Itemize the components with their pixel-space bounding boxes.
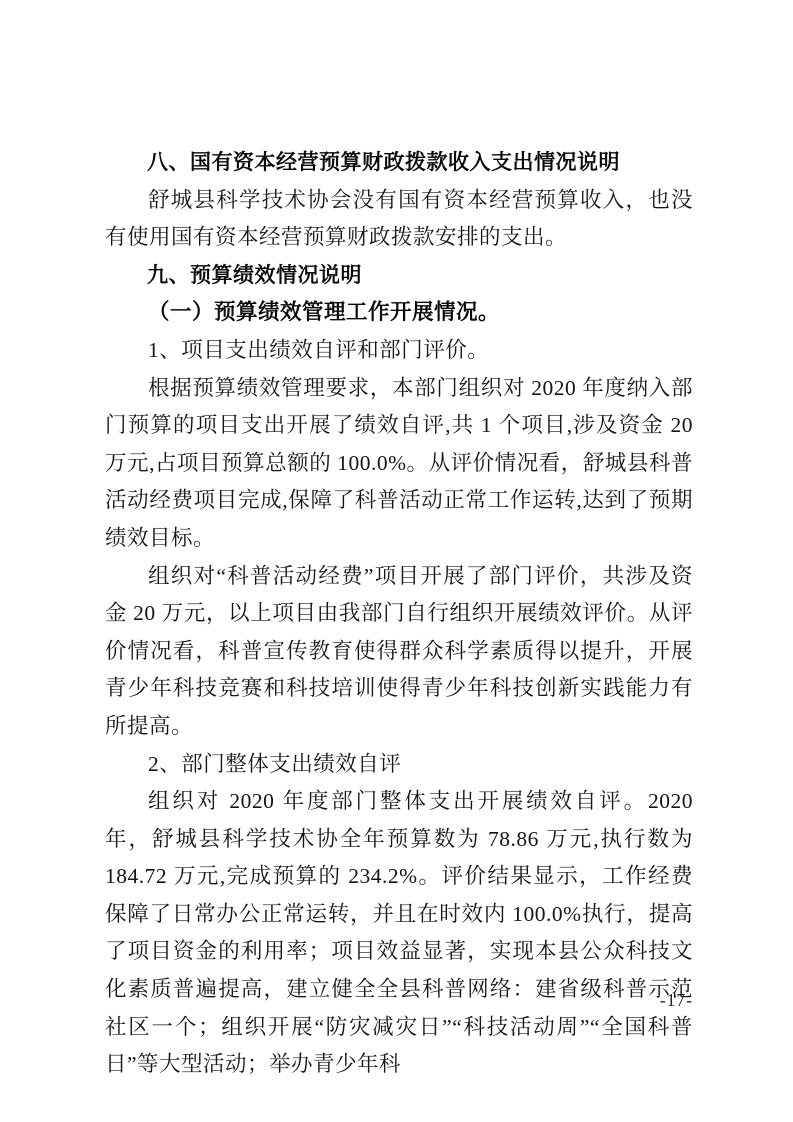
- subheading-performance-management: （一）预算绩效管理工作开展情况。: [105, 294, 693, 332]
- document-body: 八、国有资本经营预算财政拨款收入支出情况说明 舒城县科学技术协会没有国有资本经营…: [105, 144, 693, 1084]
- section-heading-9-budget-performance: 九、预算绩效情况说明: [105, 257, 693, 295]
- paragraph-department-evaluation: 组织对“科普活动经费”项目开展了部门评价，共涉及资金 20 万元，以上项目由我部…: [105, 558, 693, 746]
- item-2-overall-expenditure-self-evaluation: 2、部门整体支出绩效自评: [105, 746, 693, 784]
- item-1-project-self-evaluation: 1、项目支出绩效自评和部门评价。: [105, 332, 693, 370]
- page-number: -17-: [660, 990, 693, 1011]
- paragraph-state-capital-statement: 舒城县科学技术协会没有国有资本经营预算收入，也没有使用国有资本经营预算财政拨款安…: [105, 182, 693, 257]
- paragraph-project-self-evaluation: 根据预算绩效管理要求，本部门组织对 2020 年度纳入部门预算的项目支出开展了绩…: [105, 370, 693, 558]
- document-page: 八、国有资本经营预算财政拨款收入支出情况说明 舒城县科学技术协会没有国有资本经营…: [0, 0, 793, 1122]
- section-heading-8-state-capital: 八、国有资本经营预算财政拨款收入支出情况说明: [105, 144, 693, 182]
- paragraph-overall-expenditure-self-evaluation: 组织对 2020 年度部门整体支出开展绩效自评。2020 年，舒城县科学技术协全…: [105, 783, 693, 1084]
